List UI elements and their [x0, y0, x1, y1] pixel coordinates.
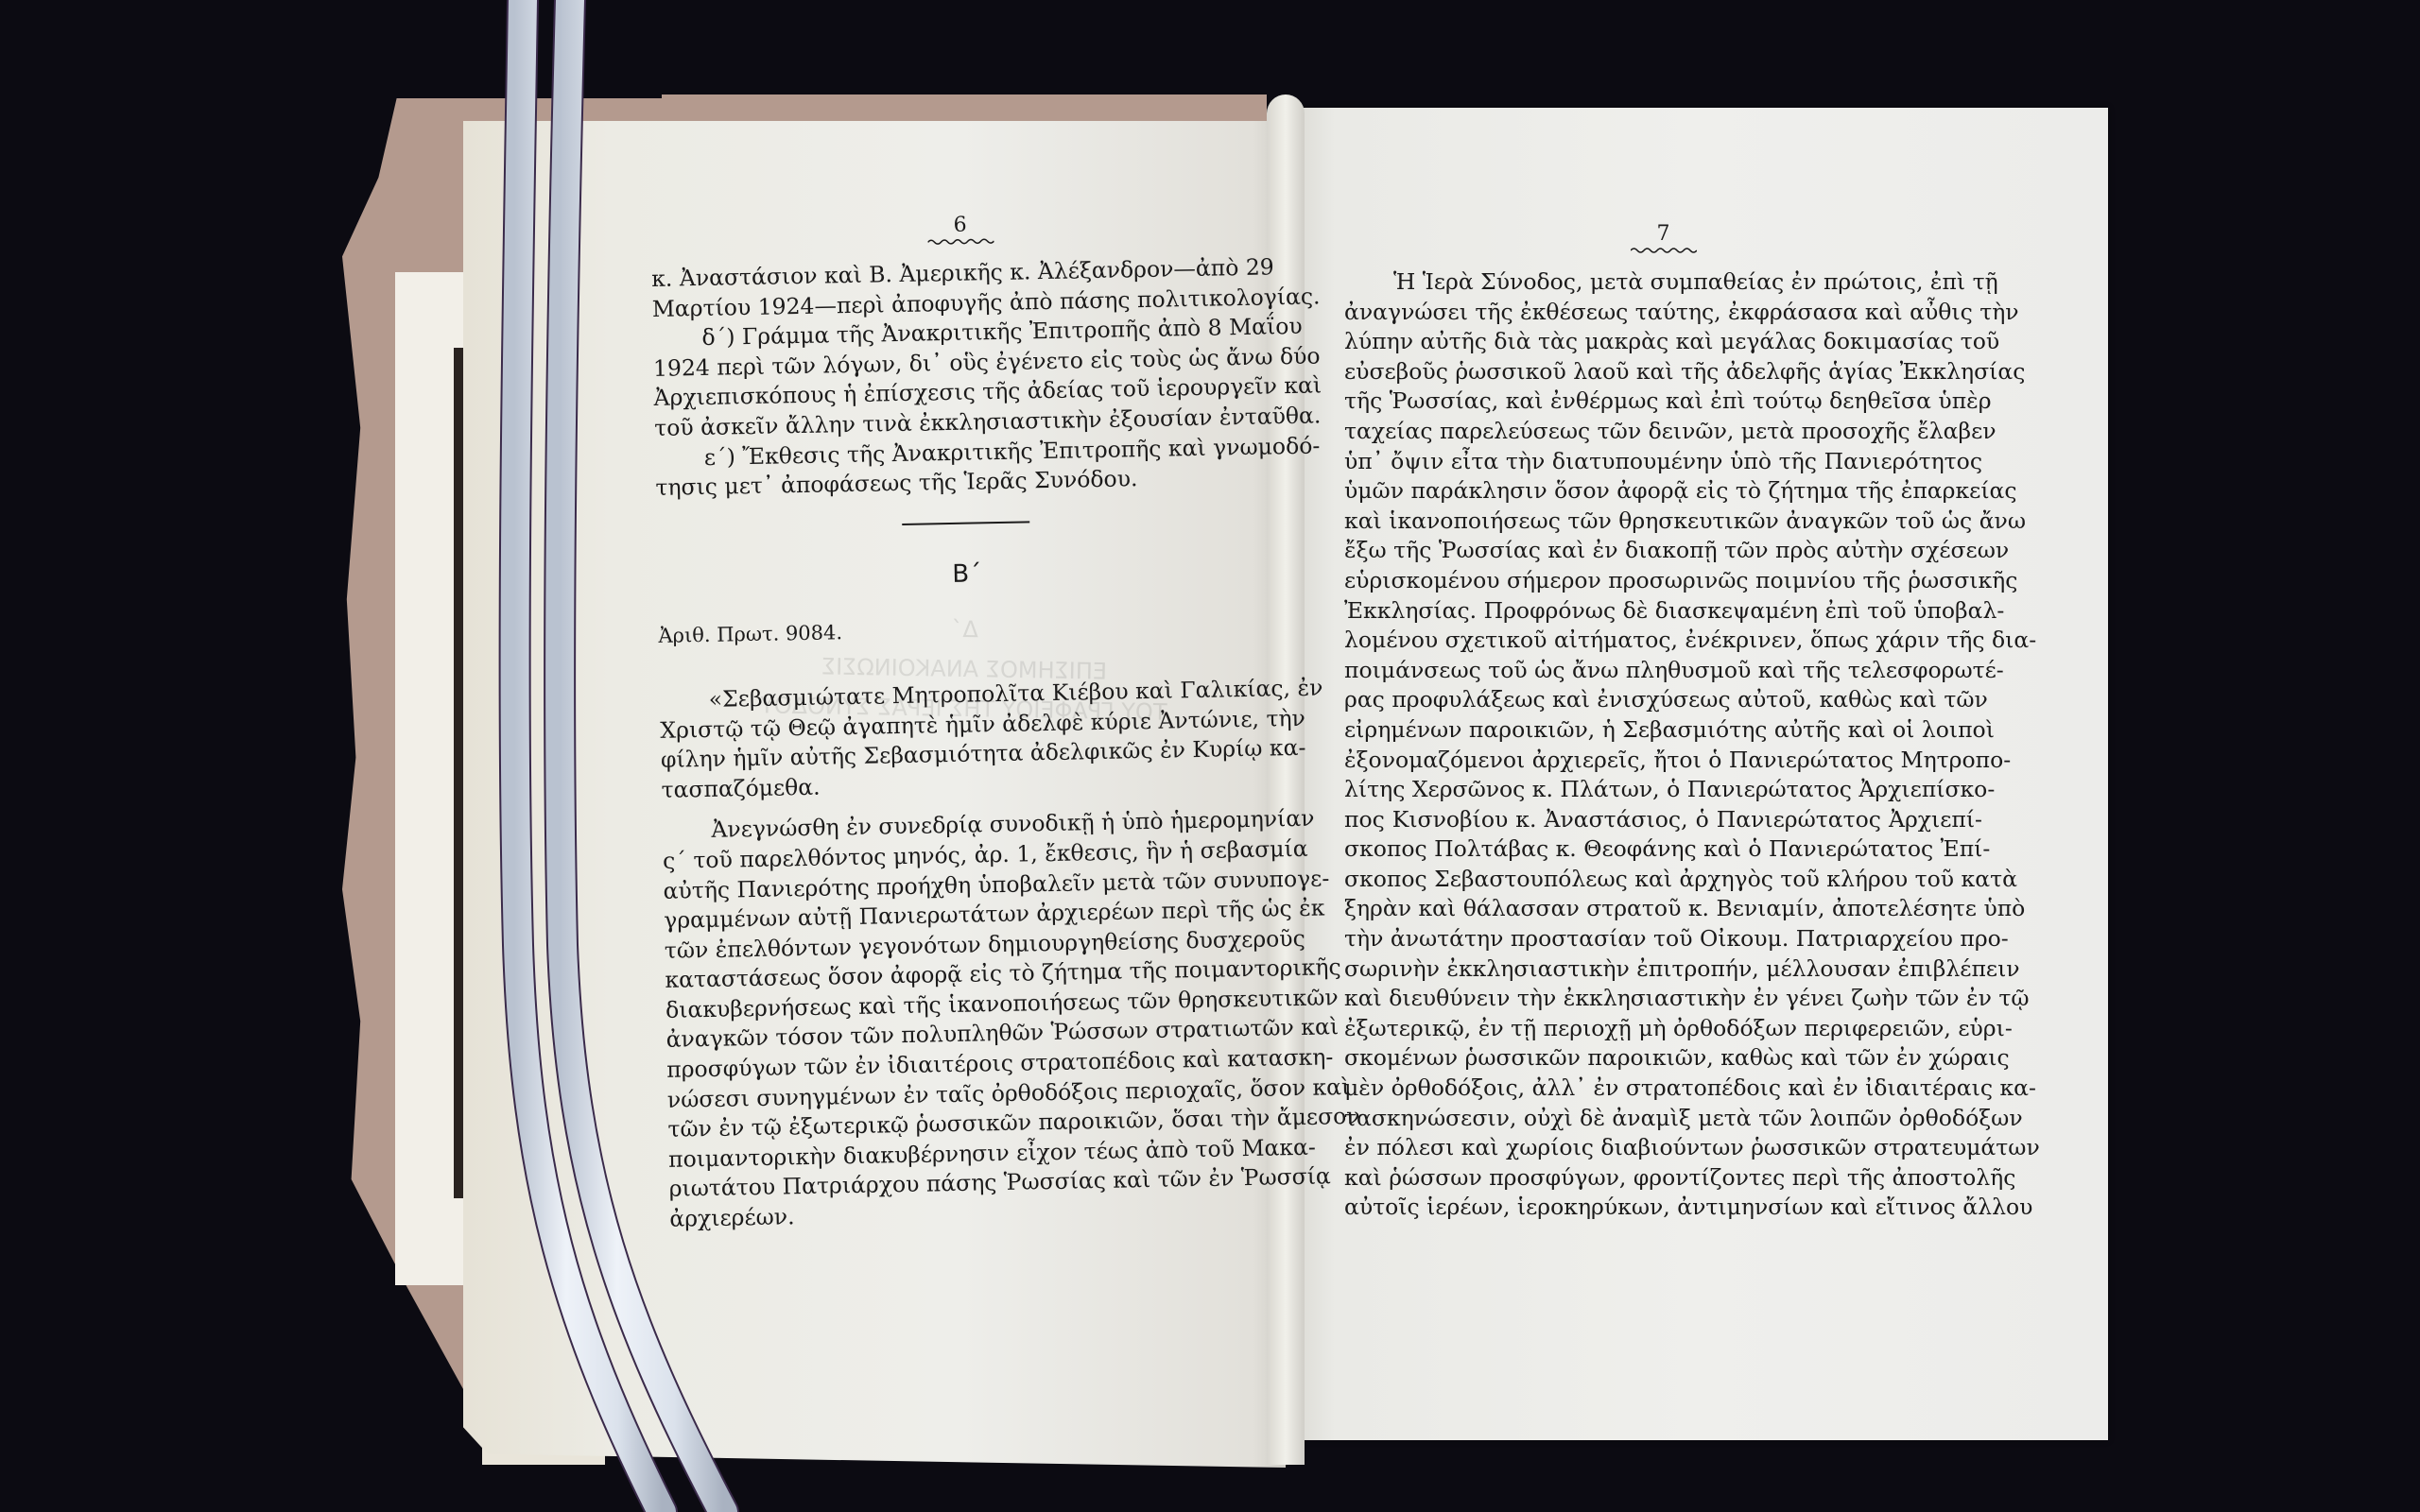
- bookmark-ribbon-icon[interactable]: [0, 0, 2420, 1512]
